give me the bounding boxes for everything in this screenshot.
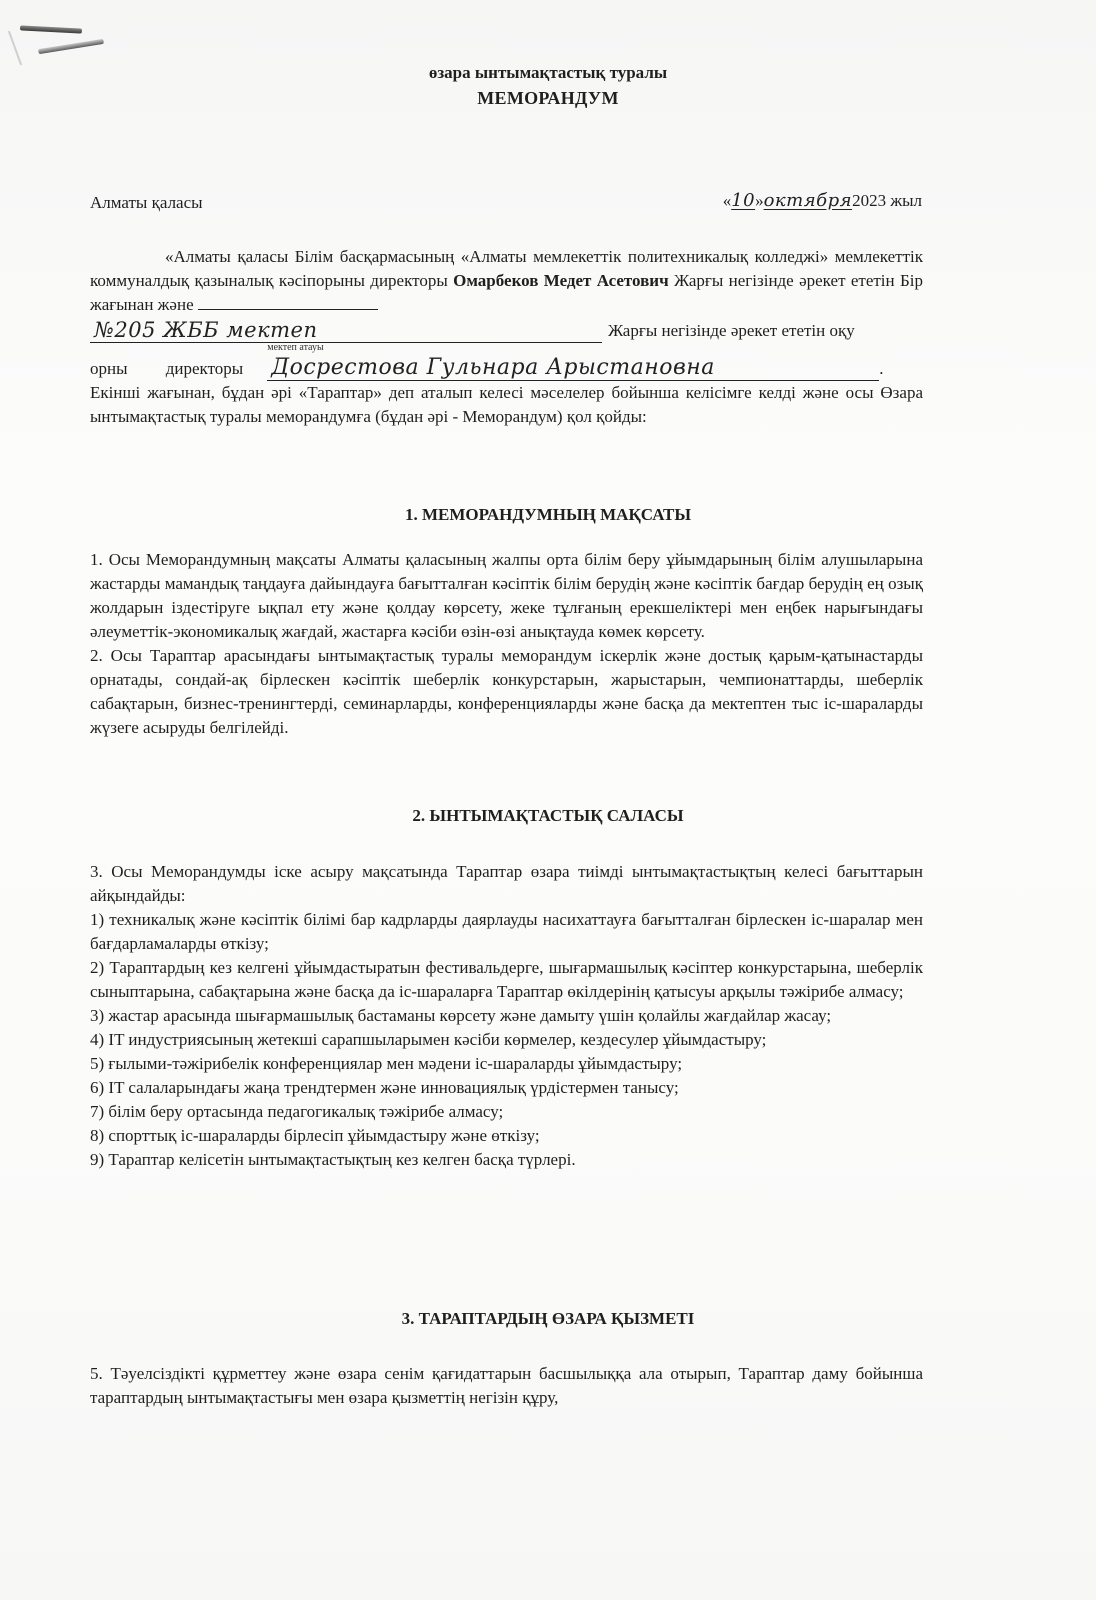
list-item: 4) IT индустриясының жетекші сарапшылары… xyxy=(90,1028,923,1052)
section-2-paragraph-intro: 3. Осы Меморандумды іске асыру мақсатынд… xyxy=(90,860,923,908)
section-3-heading: 3. ТАРАПТАРДЫҢ ӨЗАРА ҚЫЗМЕТІ xyxy=(0,1309,1096,1329)
director-name: Омарбеков Медет Асетович xyxy=(453,271,669,290)
list-item: 3) жастар арасында шығармашылық бастаман… xyxy=(90,1004,923,1028)
document-subtitle: өзара ынтымақтастық туралы xyxy=(0,63,1096,83)
city-label: Алматы қаласы xyxy=(90,193,203,213)
intro-line-3: Жарғы негізінде әрекет ететін оқу xyxy=(608,319,855,343)
director-name-field: мектеп атауы Досрестова Гульнара Арыстан… xyxy=(267,348,879,381)
section-3-body: 5. Тәуелсіздікті құрметтеу және өзара се… xyxy=(90,1362,923,1410)
document-page: өзара ынтымақтастық туралы МЕМОРАНДУМ Ал… xyxy=(0,0,1096,1600)
document-date: «10»октября2023 жыл xyxy=(723,190,922,211)
paper-corner-mark xyxy=(8,31,22,66)
staple-icon xyxy=(38,39,104,54)
section-2-body: 3. Осы Меморандумды іске асыру мақсатынд… xyxy=(90,860,923,1172)
list-item: 5) ғылыми-тәжірибелік конференциялар мен… xyxy=(90,1052,923,1076)
list-item: 8) спорттық іс-шараларды бірлесіп ұйымда… xyxy=(90,1124,923,1148)
handwritten-day: 10 xyxy=(731,190,755,211)
intro-text: «Алматы қаласы Білім басқармасының «Алма… xyxy=(90,245,923,317)
section-1-paragraph-2: 2. Осы Тараптар арасындағы ынтымақтастық… xyxy=(90,644,923,740)
director-row: орны директоры мектеп атауы Досрестова Г… xyxy=(90,343,923,381)
staple-icon xyxy=(20,25,82,33)
director-line-end: . xyxy=(879,357,883,381)
intro-line-5: Екінші жағынан, бұдан әрі «Тараптар» деп… xyxy=(90,381,923,429)
school-name-row: №205 ЖББ мектеп Жарғы негізінде әрекет е… xyxy=(90,317,923,343)
list-item: 2) Тараптардың кез келгені ұйымдастыраты… xyxy=(90,956,923,1004)
section-1-body: 1. Осы Меморандумның мақсаты Алматы қала… xyxy=(90,548,923,740)
section-3-paragraph-1: 5. Тәуелсіздікті құрметтеу және өзара се… xyxy=(90,1362,923,1410)
list-item: 6) IT салаларындағы жаңа трендтермен жән… xyxy=(90,1076,923,1100)
section-1-paragraph-1: 1. Осы Меморандумның мақсаты Алматы қала… xyxy=(90,548,923,644)
list-item: 9) Тараптар келісетін ынтымақтастықтың к… xyxy=(90,1148,923,1172)
intro-line-4: орны директоры xyxy=(90,357,243,381)
intro-paragraph: «Алматы қаласы Білім басқармасының «Алма… xyxy=(90,245,923,429)
section-2-heading: 2. ЫНТЫМАҚТАСТЫҚ САЛАСЫ xyxy=(0,806,1096,826)
blank-line xyxy=(198,295,378,310)
document-title: МЕМОРАНДУМ xyxy=(0,88,1096,109)
list-item: 7) білім беру ортасында педагогикалық тә… xyxy=(90,1100,923,1124)
date-close-quote: » xyxy=(755,191,764,210)
handwritten-month: октября xyxy=(764,190,853,211)
date-open-quote: « xyxy=(723,191,732,210)
school-name-field: №205 ЖББ мектеп xyxy=(90,316,602,343)
date-year: 2023 жыл xyxy=(852,191,922,210)
handwritten-director-name: Досрестова Гульнара Арыстановна xyxy=(271,356,715,380)
list-item: 1) техникалық және кәсіптік білімі бар к… xyxy=(90,908,923,956)
section-1-heading: 1. МЕМОРАНДУМНЫҢ МАҚСАТЫ xyxy=(0,505,1096,525)
